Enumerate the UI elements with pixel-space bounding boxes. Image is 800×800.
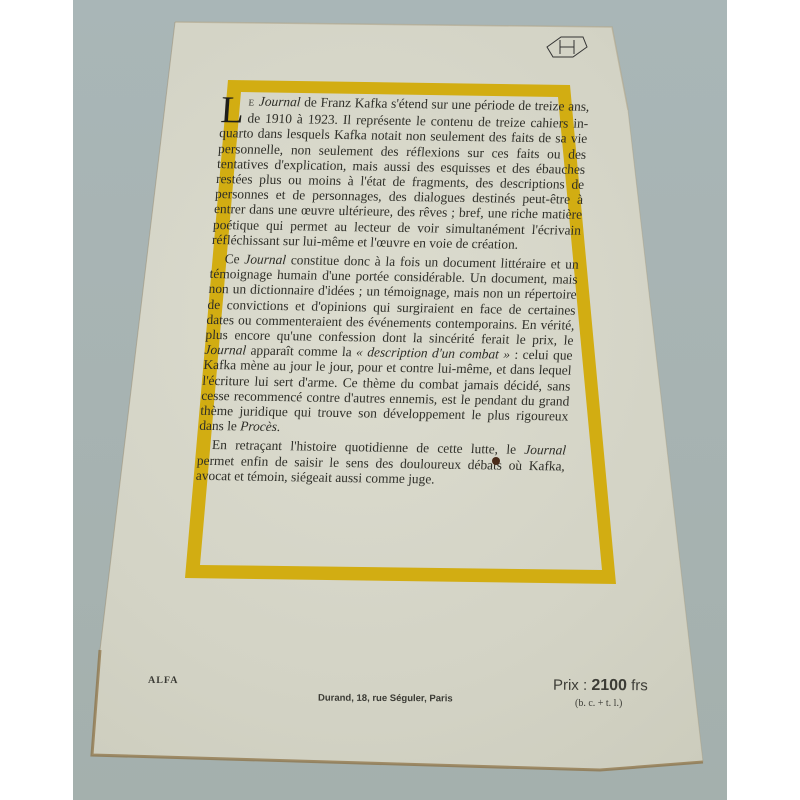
price-value: 2100 [591, 677, 627, 694]
publisher-address: Durand, 18, rue Séguler, Paris [318, 693, 453, 705]
blurb-paragraph-1: LE Journal de Franz Kafka s'étend sur un… [212, 93, 590, 253]
publisher-h-diamond-icon [545, 35, 589, 59]
price: Prix : 2100 frs [553, 677, 648, 695]
blurb-paragraph-2: Ce Journal constitue donc à la fois un d… [199, 251, 579, 439]
ink-stain [492, 457, 500, 465]
blurb-paragraph-3: En retraçant l'histoire quotidienne de c… [195, 437, 566, 488]
paper-type-label: ALFA [148, 675, 179, 686]
drop-cap: L [220, 95, 245, 125]
price-note: (b. c. + t. l.) [575, 698, 622, 709]
title-journal: Journal [258, 94, 301, 110]
blurb-text: LE Journal de Franz Kafka s'étend sur un… [195, 93, 590, 492]
